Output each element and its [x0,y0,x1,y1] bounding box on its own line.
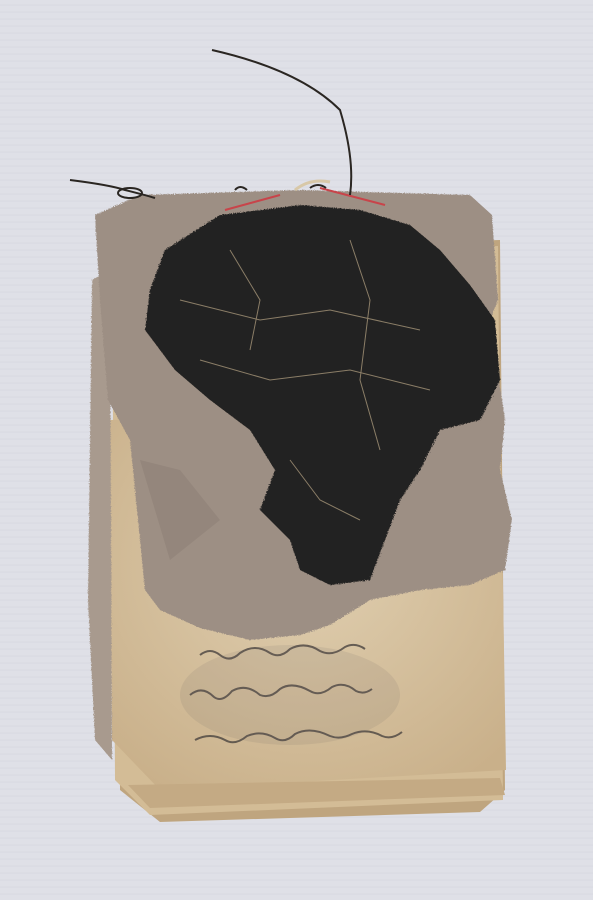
manuscript-illustration [0,0,593,900]
photo-scene [0,0,593,900]
smudge [180,645,400,745]
binding-thread [70,50,351,198]
